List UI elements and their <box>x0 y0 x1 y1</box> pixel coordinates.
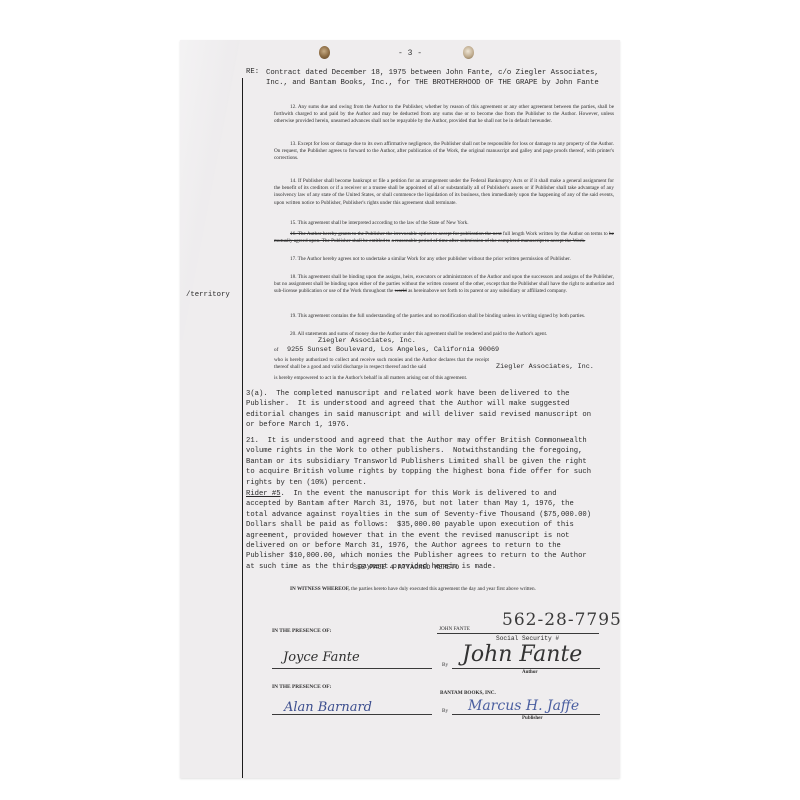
presence-label-2: IN THE PRESENCE OF: <box>272 684 331 690</box>
para-line: . In the event the manuscript for this W… <box>281 490 557 498</box>
see-page-note: SEE PAGE 4 ATTACHED HERETO <box>353 564 459 572</box>
agent-name: Ziegler Associates, Inc. <box>318 337 416 345</box>
clause-20-end: is hereby empowered to act in the Author… <box>274 375 614 382</box>
re-heading: Contract dated December 18, 1975 between… <box>266 68 616 88</box>
witness-signature-2: Alan Barnard <box>284 700 372 715</box>
clause-18: 18. This agreement shall be binding upon… <box>274 274 614 296</box>
clause-text: is hereby empowered to act in the Author… <box>274 375 467 381</box>
witness-signature-1: Joyce Fante <box>283 650 360 665</box>
para-line: volume rights in the Work to other publi… <box>246 447 582 455</box>
paragraph-3a: 3(a). The completed manuscript and relat… <box>246 389 616 431</box>
para-line: agreement, provided however that in the … <box>246 532 570 540</box>
author-signature-line <box>452 668 600 669</box>
clause-text: 13. Except for loss or damage due to its… <box>274 141 614 161</box>
para-line: total advance against royalties in the s… <box>246 511 591 519</box>
para-line: Publisher $10,000.00, which monies the P… <box>246 552 587 560</box>
presence-label-1: IN THE PRESENCE OF: <box>272 628 331 634</box>
clause-text: 17. The Author hereby agrees not to unde… <box>290 256 571 262</box>
para-line: or before March 1, 1976. <box>246 421 350 429</box>
clause-text: 15. This agreement shall be interpreted … <box>290 220 469 226</box>
author-name-line <box>437 633 599 634</box>
clause-text: 12. Any sums due and owing from the Auth… <box>274 104 614 124</box>
clause-text: world <box>395 288 407 294</box>
clause-16-struck: 16. The Author hereby grants to the Publ… <box>274 231 614 245</box>
ssn-handwritten: 562-28-7795 <box>502 610 622 630</box>
witness-heading: IN WITNESS WHEREOF, <box>290 586 350 592</box>
clause-13: 13. Except for loss or damage due to its… <box>274 141 614 163</box>
clause-12: 12. Any sums due and owing from the Auth… <box>274 104 614 126</box>
author-name: JOHN FANTE <box>439 626 470 632</box>
of-label: of <box>274 347 278 353</box>
para-line: rights by ten (10%) percent. <box>246 479 367 487</box>
witness-line-1 <box>272 668 432 669</box>
ssn-label: Social Security # <box>496 635 559 642</box>
agent-name-2: Ziegler Associates, Inc. <box>496 363 594 371</box>
para-line: Publisher. It is understood and agreed t… <box>246 400 570 408</box>
paragraph-21: 21. It is understood and agreed that the… <box>246 436 616 488</box>
para-line: 21. It is understood and agreed that the… <box>246 437 587 445</box>
publisher-signature-line <box>452 714 600 715</box>
rider-label: Rider #5 <box>246 490 281 498</box>
clause-17: 17. The Author hereby agrees not to unde… <box>274 256 614 263</box>
clause-text: as hereinabove set forth to its parent o… <box>408 288 567 294</box>
re-line: Contract dated December 18, 1975 between… <box>266 69 599 77</box>
para-line: accepted by Bantam after March 31, 1976,… <box>246 500 574 508</box>
rider-5: Rider #5. In the event the manuscript fo… <box>246 489 616 572</box>
para-line: editorial changes in said manuscript and… <box>246 411 591 419</box>
witness-line-2 <box>272 714 432 715</box>
author-label: Author <box>522 670 538 675</box>
re-label: RE: <box>246 68 259 76</box>
publisher-name: BANTAM BOOKS, INC. <box>440 690 496 696</box>
clause-14: 14. If Publisher shall become bankrupt o… <box>274 178 614 207</box>
margin-note: /territory <box>186 291 230 299</box>
punch-hole-icon <box>463 46 474 59</box>
para-line: delivered on or before March 31, 1976, t… <box>246 542 561 550</box>
clause-19: 19. This agreement contains the full und… <box>274 313 614 320</box>
clause-15: 15. This agreement shall be interpreted … <box>274 220 614 227</box>
para-line: Dollars shall be paid as follows: $35,00… <box>246 521 574 529</box>
para-line: 3(a). The completed manuscript and relat… <box>246 390 570 398</box>
author-signature: John Fante <box>462 642 582 667</box>
clause-text: 14. If Publisher shall become bankrupt o… <box>274 178 614 206</box>
publisher-label: Publisher <box>522 716 543 721</box>
page-number: - 3 - <box>398 49 422 58</box>
margin-rule <box>242 78 243 778</box>
clause-text: 19. This agreement contains the full und… <box>290 313 585 319</box>
para-line: Bantam or its subsidiary Transworld Publ… <box>246 458 587 466</box>
clause-text: who is hereby authorized to collect and … <box>274 357 489 370</box>
clause-text: full length Work written by the Author o… <box>503 231 608 237</box>
by-label-2: By <box>442 708 448 714</box>
clause-text: 16. The Author hereby grants to the Publ… <box>290 231 502 237</box>
agent-address: 9255 Sunset Boulevard, Los Angeles, Cali… <box>287 346 499 354</box>
clause-20-cont: who is hereby authorized to collect and … <box>274 357 489 371</box>
publisher-signature: Marcus H. Jaffe <box>468 698 579 714</box>
witness-clause: IN WITNESS WHEREOF, the parties hereto h… <box>274 586 614 593</box>
para-line: to acquire British volume rights by topp… <box>246 468 591 476</box>
clause-text: the parties hereto have duly executed th… <box>351 586 536 592</box>
clause-text: a reasonable period of time after submis… <box>391 238 585 244</box>
by-label-1: By <box>442 662 448 668</box>
punch-hole-icon <box>319 46 330 59</box>
re-line: Inc., and Bantam Books, Inc., for THE BR… <box>266 79 599 87</box>
